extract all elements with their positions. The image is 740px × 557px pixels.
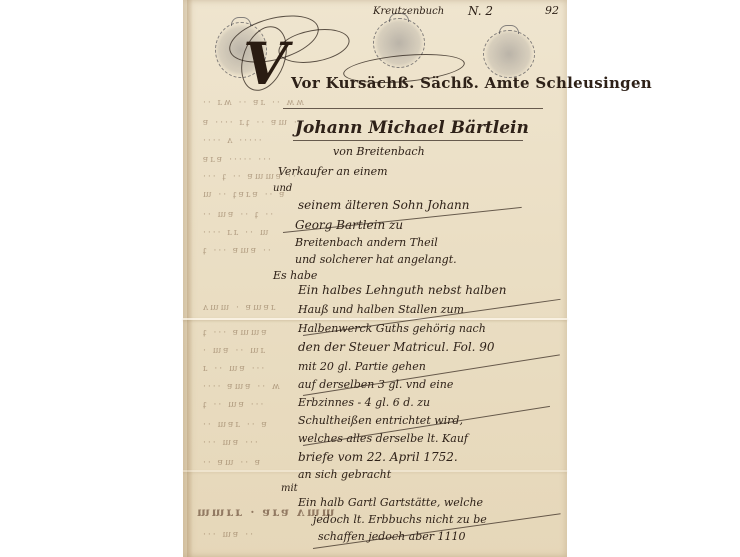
bleed-through-text: ··· ɐɯ ···	[201, 438, 258, 448]
bleed-through-text: ʍ ·· ɐɯɐ ····	[201, 382, 280, 392]
body-line: Erbzinnes - 4 gl. 6 d. zu	[298, 396, 430, 409]
name-line: Johann Michael Bärtlein	[295, 118, 529, 138]
bleed-through-text: ·· ʇ ·· ɐɯ ··	[201, 210, 273, 220]
body-line: Ein halbes Lehnguth nebst halben	[298, 283, 506, 297]
body-line: an sich gebracht	[298, 468, 391, 481]
decorative-initial: V	[243, 30, 288, 98]
bleed-through-text: ·· ɯɐ ·· ʇɹ ···· ɐ	[201, 118, 302, 128]
bleed-through-text: ··· ɐɯ ·· ɹ	[201, 364, 264, 374]
bleed-through-text: ɯ ·· ɹɹ ····	[201, 228, 268, 238]
body-line: Hauß und halben Stallen zum	[298, 303, 464, 316]
bleed-through-text: ··· ····· ɐɹɐ	[201, 155, 271, 165]
body-line: mit 20 gl. Partie gehen	[298, 360, 426, 373]
bleed-through-text: ·· ɐɯ ···	[201, 530, 253, 540]
body-line: Es habe	[273, 269, 317, 282]
ink-underline	[283, 108, 543, 109]
bleed-through-text: ·· ɐɯɐ ··· ʇ	[201, 246, 271, 256]
body-line: mit	[281, 483, 298, 494]
body-line: und	[273, 183, 292, 194]
bleed-through-text: ʍʍ ·· ɹɐ ·· ʍɹ ··	[201, 98, 304, 108]
bleed-through-text: ɐ ·· ɯɐ ··	[201, 458, 260, 468]
body-line: Schultheißen entrichtet wird,	[298, 414, 463, 427]
folio-number: 92	[545, 4, 559, 17]
body-line: Halbenwerck Guths gehörig nach	[298, 322, 486, 335]
paper-fold-crease	[183, 318, 567, 320]
top-note: Kreutzenbuch	[373, 6, 444, 17]
body-line: von Breitenbach	[333, 145, 425, 158]
body-line: jedoch lt. Erbbuchs nicht zu be	[313, 513, 487, 526]
ink-underline	[293, 140, 523, 141]
bleed-through-text: ··· ɐɯ ·· ʇ	[201, 400, 263, 410]
coat-of-arms-stamp-right	[483, 30, 535, 78]
document-page: ʍʍ ·· ɹɐ ·· ʍɹ ·· ·· ɯɐ ·· ʇɹ ···· ɐ ···…	[183, 0, 567, 557]
body-line: briefe vom 22. April 1752.	[298, 450, 458, 464]
body-line: Breitenbach andern Theil	[295, 236, 438, 249]
body-line: und solcherer hat angelangt.	[295, 253, 457, 266]
body-line: seinem älteren Sohn Johann	[298, 198, 470, 212]
body-line: Ein halb Gartl Gartstätte, welche	[298, 496, 483, 509]
body-line: Verkaufer an einem	[278, 165, 388, 178]
bleed-through-text: ɹɯ ·· ɐɯ ·	[201, 346, 265, 356]
bleed-through-text: ɐɯɯɐ ··· ʇ	[201, 328, 267, 338]
body-line: welches alles derselbe lt. Kauf	[298, 432, 468, 445]
bleed-through-text: ɹɐɯɐ · ɯɯʌ	[201, 303, 276, 313]
bleed-through-text: ɐ ·· ɹɐɯ ··	[201, 420, 267, 430]
bleed-through-text: ····· ʌ ····	[201, 136, 262, 146]
body-line: den der Steuer Matricul. Fol. 90	[298, 340, 495, 354]
document-number: N. 2	[468, 4, 493, 18]
title-line: Vor Kursächß. Sächß. Amte Schleusingen	[291, 74, 652, 92]
body-line: auf derselben 3 gl. vnd eine	[298, 378, 453, 391]
